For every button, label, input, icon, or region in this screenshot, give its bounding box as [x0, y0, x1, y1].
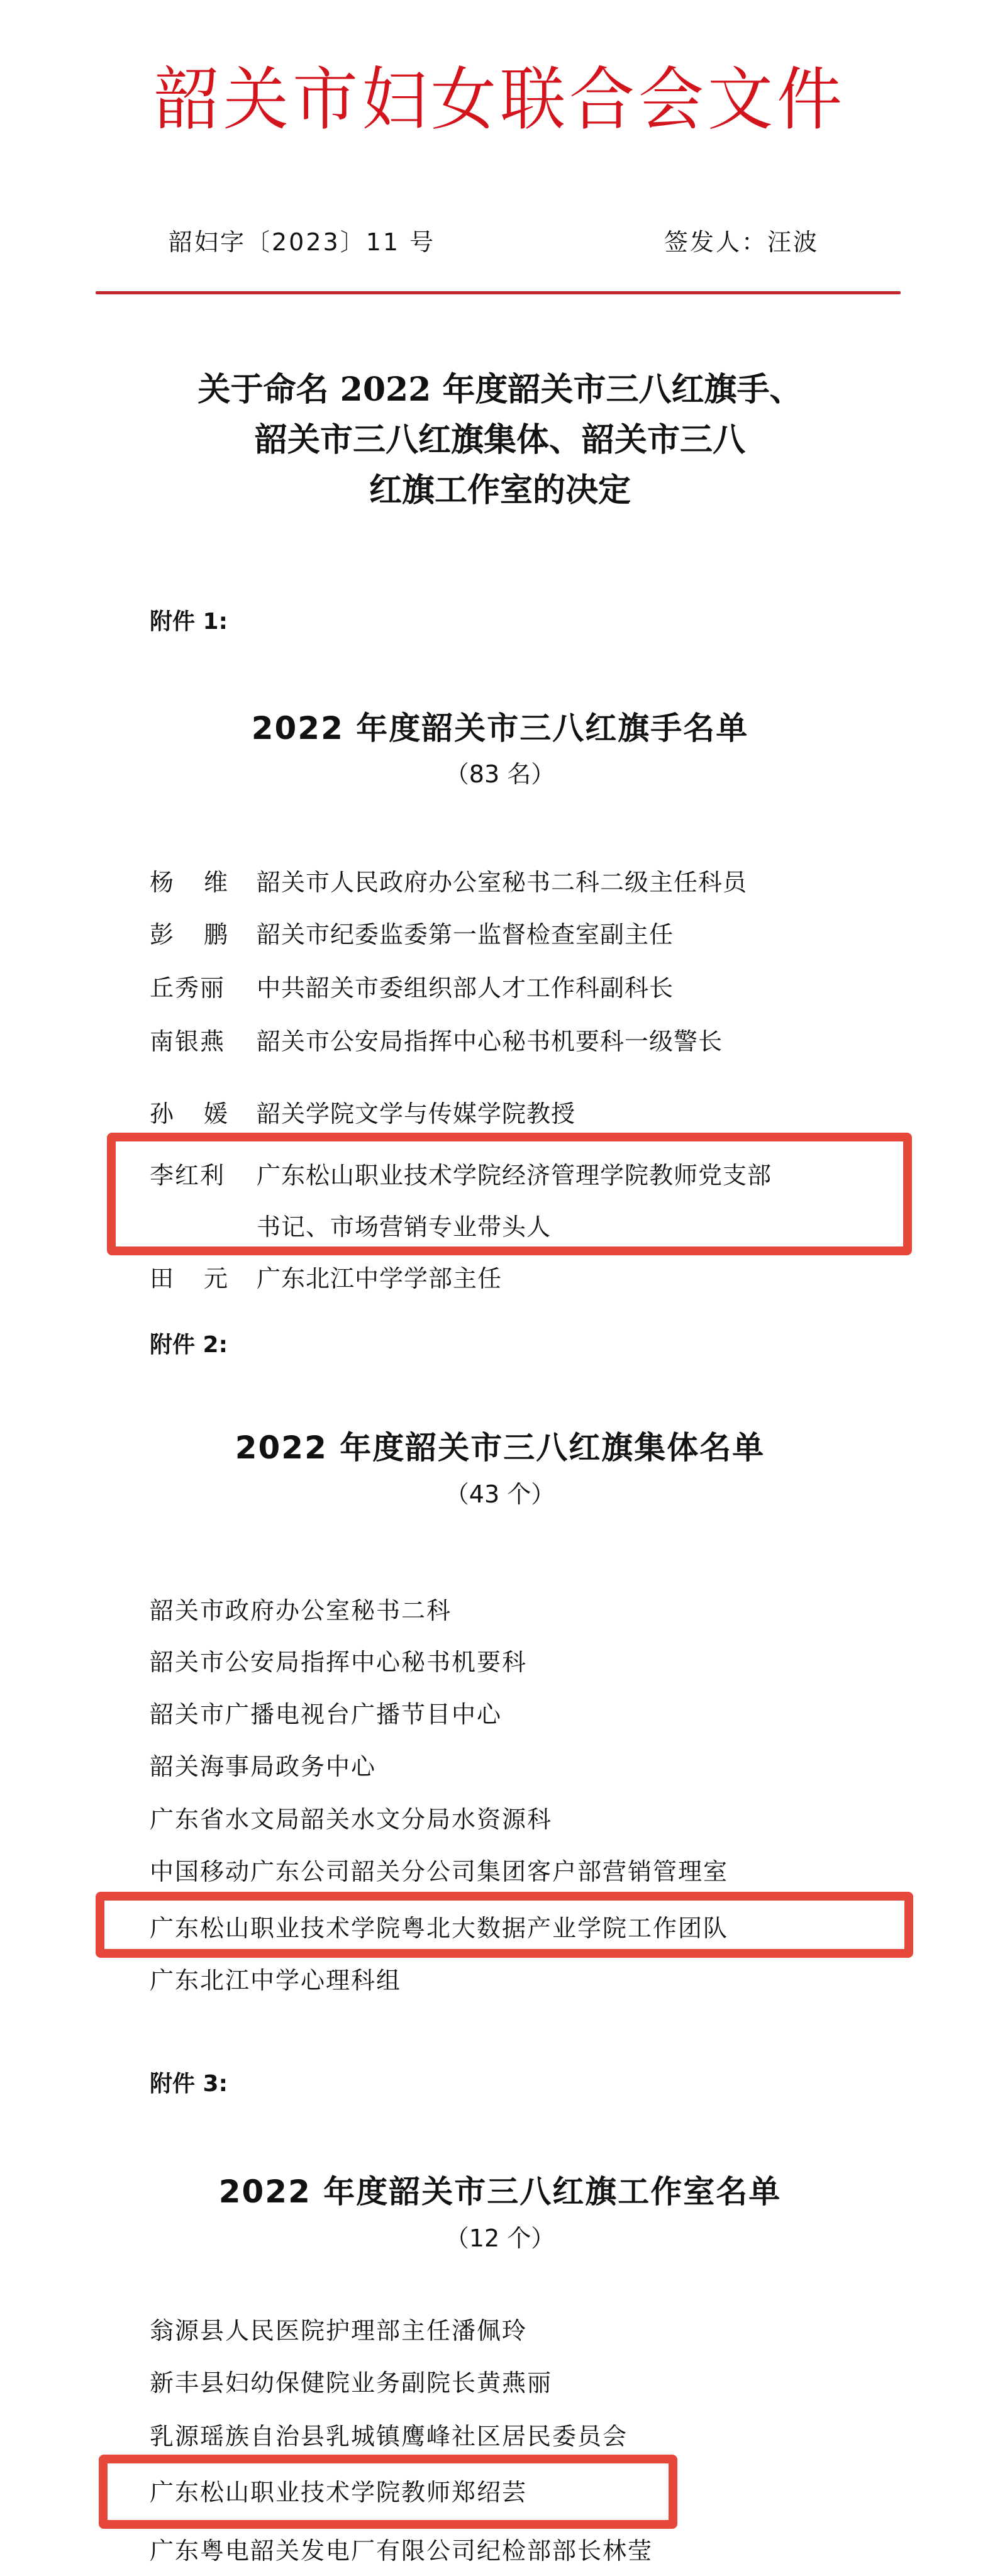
org-row: 韶关市广播电视台广播节目中心 [150, 1695, 502, 1729]
org-row: 广东省水文局韶关水文分局水资源科 [150, 1800, 552, 1835]
person-row: 孙媛 韶关学院文学与传媒学院教授 [150, 1094, 575, 1129]
attachment-3-label: 附件 3: [150, 2066, 228, 2098]
person-title: 韶关学院文学与传媒学院教授 [257, 1094, 575, 1129]
org-row-highlighted: 广东松山职业技术学院粤北大数据产业学院工作团队 [150, 1909, 728, 1943]
person-name: 孙媛 [150, 1094, 257, 1129]
attachment-1-count: （83 名） [0, 755, 1000, 789]
person-name: 李红利 [150, 1156, 257, 1191]
person-name: 丘秀丽 [150, 969, 257, 1003]
document-number: 韶妇字〔2023〕11 号 [169, 223, 435, 257]
person-row: 彭鹏 韶关市纪委监委第一监督检查室副主任 [150, 915, 674, 950]
attachment-1-label: 附件 1: [150, 604, 228, 636]
header-divider [96, 291, 901, 294]
title-line: 韶关市三八红旗集体、韶关市三八 [0, 415, 1000, 465]
document-signer: 签发人：汪波 [664, 223, 819, 257]
person-row: 南银燕 韶关市公安局指挥中心秘书机要科一级警长 [150, 1022, 723, 1057]
person-title: 韶关市公安局指挥中心秘书机要科一级警长 [257, 1022, 723, 1057]
document-title: 关于命名 2022 年度韶关市三八红旗手、 韶关市三八红旗集体、韶关市三八 红旗… [0, 365, 1000, 516]
title-line: 红旗工作室的决定 [0, 465, 1000, 516]
studio-row-highlighted: 广东松山职业技术学院教师郑绍芸 [150, 2473, 527, 2507]
person-title-continuation: 书记、市场营销专业带头人 [257, 1207, 551, 1242]
person-row: 丘秀丽 中共韶关市委组织部人才工作科副科长 [150, 969, 674, 1003]
person-name: 彭鹏 [150, 915, 257, 950]
person-name: 田元 [150, 1259, 257, 1294]
attachment-2-label: 附件 2: [150, 1327, 228, 1359]
studio-row: 乳源瑶族自治县乳城镇鹰峰社区居民委员会 [150, 2417, 628, 2451]
person-title: 中共韶关市委组织部人才工作科副科长 [257, 969, 674, 1003]
org-row: 中国移动广东公司韶关分公司集团客户部营销管理室 [150, 1852, 728, 1887]
attachment-3-count: （12 个） [0, 2219, 1000, 2253]
org-row: 广东北江中学心理科组 [150, 1961, 401, 1996]
person-title: 广东北江中学学部主任 [257, 1259, 502, 1294]
attachment-2-count: （43 个） [0, 1475, 1000, 1509]
person-row: 田元 广东北江中学学部主任 [150, 1259, 502, 1294]
attachment-2-list-title: 2022 年度韶关市三八红旗集体名单 [0, 1423, 1000, 1468]
person-row: 杨维 韶关市人民政府办公室秘书二科二级主任科员 [150, 863, 747, 897]
document-masthead: 韶关市妇女联合会文件 [0, 60, 1000, 139]
org-row: 韶关市公安局指挥中心秘书机要科 [150, 1643, 527, 1677]
studio-row: 新丰县妇幼保健院业务副院长黄燕丽 [150, 2363, 552, 2398]
attachment-3-list-title: 2022 年度韶关市三八红旗工作室名单 [0, 2167, 1000, 2212]
studio-row: 广东粤电韶关发电厂有限公司纪检部部长林莹 [150, 2531, 653, 2566]
attachment-1-list-title: 2022 年度韶关市三八红旗手名单 [0, 703, 1000, 748]
person-title: 韶关市人民政府办公室秘书二科二级主任科员 [257, 863, 747, 897]
person-row-highlighted: 李红利 广东松山职业技术学院经济管理学院教师党支部 [150, 1156, 772, 1191]
person-title: 韶关市纪委监委第一监督检查室副主任 [257, 915, 674, 950]
person-title-line2: 书记、市场营销专业带头人 [257, 1207, 551, 1242]
studio-row: 翁源县人民医院护理部主任潘佩玲 [150, 2311, 527, 2346]
person-name: 杨维 [150, 863, 257, 897]
title-line: 关于命名 2022 年度韶关市三八红旗手、 [0, 365, 1000, 415]
org-row: 韶关市政府办公室秘书二科 [150, 1591, 452, 1626]
org-row: 韶关海事局政务中心 [150, 1747, 376, 1782]
person-name: 南银燕 [150, 1022, 257, 1057]
person-title: 广东松山职业技术学院经济管理学院教师党支部 [257, 1156, 772, 1191]
